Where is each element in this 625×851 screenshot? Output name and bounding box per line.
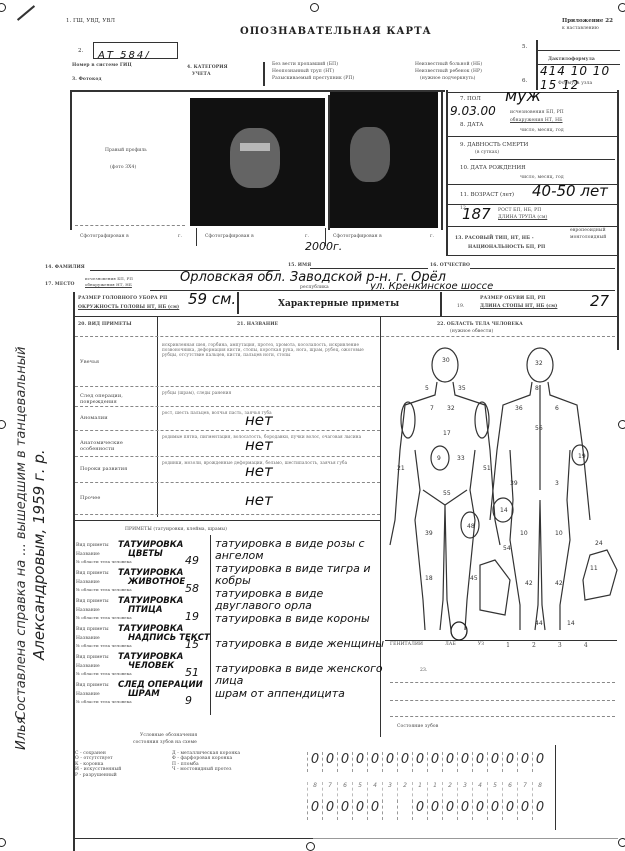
svg-text:33: 33	[457, 455, 465, 462]
category-nb[interactable]: Неизвестный больной (НБ)	[415, 62, 482, 67]
punch-hole	[618, 838, 625, 847]
mark-name-value[interactable]: ЧЕЛОВЕК	[128, 661, 174, 671]
tooth-cell[interactable]: 0	[337, 752, 352, 772]
svg-text:8: 8	[535, 385, 539, 392]
scale-label: ЛАБ	[445, 642, 456, 649]
mark-description[interactable]: шрам от аппендицита	[215, 688, 385, 700]
mark-area-value[interactable]: 15	[185, 638, 199, 651]
legend-item: И - искусственный	[75, 767, 121, 772]
field-10-label: 10. ДАТА РОЖДЕНИЯ	[460, 165, 526, 172]
mark-area-label: № области тела человека	[76, 644, 132, 649]
punch-hole	[0, 838, 6, 847]
teeth-header: Состояние зубов	[397, 724, 438, 729]
svg-text:18: 18	[425, 575, 433, 582]
tooth-cell[interactable]: 0	[442, 752, 457, 772]
head-circumference-value[interactable]: 59 см.	[188, 290, 236, 308]
tooth-cell[interactable]: 0	[517, 800, 532, 820]
margin-note-initials: Илья	[14, 716, 29, 750]
tooth-number: 1	[412, 782, 427, 802]
right-profile-label: Правый профиль	[105, 148, 147, 153]
svg-text:3: 3	[555, 480, 559, 487]
category-rp[interactable]: Разыскиваемый преступник (РП)	[272, 76, 354, 81]
tooth-cell[interactable]: 0	[532, 752, 547, 772]
tooth-number: 4	[472, 782, 487, 802]
field-9-label: 9. ДАВНОСТЬ СМЕРТИ	[460, 142, 528, 149]
tooth-number: 5	[352, 782, 367, 802]
card-number-box[interactable]: АТ 584/	[93, 42, 178, 59]
teeth-numbers-row: 8765432112345678	[307, 782, 547, 802]
appendix-line2: к наставлению	[562, 26, 599, 31]
tooth-number: 5	[487, 782, 502, 802]
mark-name-label: Название	[76, 580, 100, 585]
photo-caption-1: Сфотографирован в	[80, 234, 129, 239]
tooth-cell[interactable]: 0	[487, 800, 502, 820]
punch-hole	[306, 842, 315, 851]
legend-item: Ф - фарфоровая коронка	[172, 756, 240, 761]
feature-description: рубцы (шрам), следы ранения	[162, 390, 377, 395]
field-16-label: 16. ОТЧЕСТВО	[430, 263, 470, 268]
formula-caption: Формула узла	[558, 81, 592, 86]
sex-value[interactable]: муж	[505, 86, 541, 105]
tooth-number: 3	[457, 782, 472, 802]
mark-name-label: Название	[76, 692, 100, 697]
svg-text:19: 19	[578, 453, 586, 460]
field-6-prefix: 6.	[522, 78, 527, 85]
field-15-label: 15. ИМЯ	[288, 263, 311, 268]
mark-description[interactable]: татуировка в виде короны	[215, 613, 385, 625]
field-7-label: 7. ПОЛ	[460, 96, 481, 103]
scale-number: 4	[584, 642, 588, 649]
tooth-cell[interactable]: 0	[367, 752, 382, 772]
svg-text:17: 17	[443, 430, 451, 437]
tooth-cell[interactable]: 0	[517, 752, 532, 772]
field-13-label: 13. РАСОВЫЙ ТИП, НТ, НБ -	[455, 236, 534, 241]
circled-area-1[interactable]	[448, 620, 470, 642]
svg-text:56: 56	[535, 425, 543, 432]
svg-text:32: 32	[447, 405, 455, 412]
tooth-number: 6	[502, 782, 517, 802]
mark-name-label: Название	[76, 552, 100, 557]
svg-text:55: 55	[443, 490, 451, 497]
dactyl-formula-caption: Дактилоформула	[548, 57, 595, 62]
photo-caption-3: Сфотографирован в	[333, 234, 382, 239]
svg-text:14: 14	[567, 620, 575, 627]
mark-area-label: № области тела человека	[76, 700, 132, 705]
legend-title-2: состояния зубов на схеме	[133, 740, 197, 745]
tooth-cell[interactable]	[382, 800, 397, 820]
feature-type: Пороки развития	[80, 466, 155, 472]
mark-area-value[interactable]: 51	[185, 666, 199, 679]
tooth-number: 6	[337, 782, 352, 802]
tooth-cell[interactable]: 0	[352, 752, 367, 772]
svg-text:51: 51	[483, 465, 491, 472]
formula-value: 414 10 10 15 12	[540, 64, 625, 92]
mark-name-label: Название	[76, 608, 100, 613]
legend-item: Ч - мостовидный протез	[172, 767, 240, 772]
mark-kind-label: Вид приметы	[76, 571, 109, 576]
tooth-number: 3	[382, 782, 397, 802]
mark-kind-label: Вид приметы	[76, 655, 109, 660]
mark-name-label: Название	[76, 636, 100, 641]
col-20-header: 20. ВИД ПРИМЕТЫ	[78, 322, 132, 327]
tooth-cell[interactable]: 0	[502, 800, 517, 820]
feature-type: Увечья	[80, 359, 155, 365]
mark-name-value[interactable]: ПТИЦА	[128, 605, 163, 615]
svg-text:42: 42	[525, 580, 533, 587]
punch-hole	[0, 3, 6, 12]
scale-label: УЗ	[478, 642, 484, 649]
hair-description: 23.	[420, 668, 605, 673]
mark-description[interactable]: татуировка в виде двуглавого орла	[215, 588, 385, 612]
field-5-prefix: 5.	[522, 44, 527, 51]
tooth-cell[interactable]: 0	[442, 800, 457, 820]
mark-area-label: № области тела человека	[76, 560, 132, 565]
row-divider	[75, 456, 380, 457]
col-21-header: 21. НАЗВАНИЕ	[237, 322, 278, 327]
category-hint: (нужное подчеркнуть)	[420, 76, 476, 81]
field-4-label-2: УЧЕТА	[192, 72, 211, 77]
svg-text:10: 10	[520, 530, 528, 537]
tooth-cell[interactable]: 0	[397, 752, 412, 772]
row-divider	[75, 386, 380, 387]
svg-text:10: 10	[555, 530, 563, 537]
field-1-label: 1. ГШ, УВД, УВЛ	[66, 18, 115, 25]
mark-description[interactable]: татуировка в виде тигра и кобры	[215, 563, 385, 587]
svg-text:35: 35	[458, 385, 466, 392]
tooth-number: 2	[397, 782, 412, 802]
upper-teeth-row[interactable]: 0000000000000000	[307, 752, 547, 772]
lower-teeth-row[interactable]: 00000000000000	[307, 800, 547, 820]
tooth-cell[interactable]: 0	[322, 752, 337, 772]
genital-scale: ГЕНИТАЛИИЛАБУЗ1234	[390, 642, 588, 649]
svg-text:39: 39	[425, 530, 433, 537]
tooth-cell[interactable]: 0	[382, 752, 397, 772]
card-number: АТ 584/	[94, 50, 151, 61]
svg-text:21: 21	[397, 465, 405, 472]
feature-type: Аномалии	[80, 415, 155, 421]
category-nr[interactable]: Неизвестный ребенок (НР)	[415, 69, 482, 74]
tooth-number: 8	[307, 782, 322, 802]
tooth-cell[interactable]: 0	[412, 752, 427, 772]
tooth-number: 7	[517, 782, 532, 802]
svg-text:14: 14	[500, 507, 508, 514]
height-value[interactable]: 187	[462, 205, 491, 223]
field-2-prefix: 2.	[78, 48, 83, 55]
tooth-cell[interactable]: 0	[487, 752, 502, 772]
body-map-header: 22. ОБЛАСТЬ ТЕЛА ЧЕЛОВЕКА	[437, 322, 523, 327]
scale-number: 2	[532, 642, 536, 649]
photo-front	[190, 98, 325, 226]
mark-description[interactable]: татуировка в виде розы с ангелом	[215, 538, 385, 562]
category-bp[interactable]: Без вести пропавший (БП)	[272, 62, 338, 67]
mark-name-value[interactable]: ЦВЕТЫ	[128, 549, 163, 559]
feature-type: Прочее	[80, 495, 155, 501]
date-found-value[interactable]: 9.03.00	[450, 104, 496, 118]
svg-text:48: 48	[467, 523, 475, 530]
tooth-cell[interactable]: 0	[532, 800, 547, 820]
row-divider	[75, 430, 380, 431]
mark-kind-label: Вид приметы	[76, 627, 109, 632]
mark-area-label: № области тела человека	[76, 588, 132, 593]
mark-name-value[interactable]: ШРАМ	[128, 689, 160, 699]
field-8-label: 8. ДАТА	[460, 122, 483, 129]
feature-type: След операции, повреждения	[80, 393, 155, 405]
feature-value[interactable]: нет	[245, 411, 273, 429]
legend-right: Д - металлическая коронкаФ - фарфоровая …	[172, 751, 240, 773]
body-diagram[interactable]: 30535 73217 93321 515539 481845 32836 65…	[385, 340, 620, 640]
card-number-caption: Номер в системе ГИЦ	[72, 63, 132, 68]
tooth-number: 2	[442, 782, 457, 802]
svg-text:5: 5	[425, 385, 429, 392]
svg-text:30: 30	[442, 357, 450, 364]
tooth-cell[interactable]: 0	[472, 752, 487, 772]
margin-note-line2: Александровым, 1959 г. р.	[30, 449, 48, 660]
row-divider	[75, 482, 380, 483]
tooth-cell[interactable]: 0	[337, 800, 352, 820]
tooth-cell[interactable]: 0	[412, 800, 427, 820]
tooth-cell[interactable]: 0	[307, 752, 322, 772]
legend-left: С - сохраненО - отсутствуетК - коронкаИ …	[75, 751, 121, 778]
photo-year: 2000г.	[305, 240, 342, 253]
mark-area-value[interactable]: 49	[185, 554, 199, 567]
punch-hole	[618, 3, 625, 12]
tooth-cell[interactable]: 0	[457, 800, 472, 820]
photo-profile	[330, 92, 438, 228]
svg-text:54: 54	[503, 545, 511, 552]
tooth-cell[interactable]: 0	[322, 800, 337, 820]
field-11-label: 11. ВОЗРАСТ (лет)	[460, 192, 514, 199]
legend-title-1: Условные обозначения	[140, 733, 197, 738]
mark-kind-label: Вид приметы	[76, 543, 109, 548]
feature-value[interactable]: нет	[245, 436, 273, 454]
scale-number: 3	[558, 642, 562, 649]
mark-area-value[interactable]: 9	[185, 694, 192, 707]
tooth-number: 4	[367, 782, 382, 802]
svg-text:32: 32	[535, 360, 543, 367]
mark-kind-label: Вид приметы	[76, 683, 109, 688]
tooth-cell[interactable]: 0	[367, 800, 382, 820]
mark-description[interactable]: татуировка в виде женщины	[215, 638, 385, 650]
svg-text:45: 45	[470, 575, 478, 582]
feature-value[interactable]: нет	[245, 491, 273, 509]
tooth-cell[interactable]: 0	[307, 800, 322, 820]
svg-text:11: 11	[590, 565, 598, 572]
tooth-cell[interactable]	[397, 800, 412, 820]
feature-value[interactable]: нет	[245, 462, 273, 480]
field-14-label: 14. ФАМИЛИЯ	[45, 265, 85, 270]
mark-kind-label: Вид приметы	[76, 599, 109, 604]
field-3-label: 3. Фотокод	[72, 77, 102, 82]
category-nt[interactable]: Неопознанный труп (НТ)	[272, 69, 334, 74]
mark-area-value[interactable]: 19	[185, 610, 199, 623]
svg-text:39: 39	[510, 480, 518, 487]
appendix-line1: Приложение 22	[562, 18, 613, 25]
feature-description: искривленная шея, горбина, ампутация, пр…	[162, 342, 377, 357]
mark-name-value[interactable]: ЖИВОТНОЕ	[128, 577, 185, 587]
mark-description[interactable]: татуировка в виде женского лица	[215, 663, 385, 687]
mark-area-label: № области тела человека	[76, 672, 132, 677]
field-17-label: 17. МЕСТО	[45, 282, 75, 287]
tooth-number: 8	[532, 782, 547, 802]
tooth-cell[interactable]: 0	[427, 800, 442, 820]
tooth-cell[interactable]: 0	[472, 800, 487, 820]
tooth-cell[interactable]: 0	[352, 800, 367, 820]
margin-note-line1: Составлена справка на ... вышедшим в тан…	[14, 347, 29, 720]
photo-caption-2: Сфотографирован в	[205, 234, 254, 239]
shoe-size-value[interactable]: 27	[590, 292, 609, 310]
special-features-title: Характерные приметы	[278, 299, 399, 309]
mark-area-value[interactable]: 58	[185, 582, 199, 595]
feature-type: Анатомические особенности	[80, 440, 155, 452]
corner-mark	[17, 5, 35, 21]
svg-text:44: 44	[535, 620, 543, 627]
legend-item: Р - разрушенный	[75, 773, 121, 778]
svg-text:24: 24	[595, 540, 603, 547]
mark-name-label: Название	[76, 664, 100, 669]
page-title: ОПОЗНАВАТЕЛЬНАЯ КАРТА	[240, 26, 432, 37]
row-divider	[75, 514, 380, 515]
punch-hole	[0, 420, 6, 429]
tooth-number: 1	[427, 782, 442, 802]
svg-text:6: 6	[555, 405, 559, 412]
right-profile-caption: (фото 3Х4)	[110, 165, 136, 170]
tooth-cell[interactable]: 0	[457, 752, 472, 772]
svg-text:7: 7	[430, 405, 434, 412]
scale-label: ГЕНИТАЛИИ	[390, 642, 423, 649]
tooth-cell[interactable]: 0	[502, 752, 517, 772]
svg-text:42: 42	[555, 580, 563, 587]
svg-text:36: 36	[515, 405, 523, 412]
punch-hole	[310, 3, 319, 12]
field-4-label-1: 4. КАТЕГОРИЯ	[187, 65, 228, 70]
tooth-number: 7	[322, 782, 337, 802]
mark-area-label: № области тела человека	[76, 616, 132, 621]
tooth-cell[interactable]: 0	[427, 752, 442, 772]
marks-header: ПРИМЕТЫ (татуировки, клейма, шрамы)	[125, 527, 227, 532]
age-value[interactable]: 40-50 лет	[532, 182, 608, 200]
scale-number: 1	[506, 642, 510, 649]
row-divider	[75, 406, 380, 407]
svg-text:9: 9	[437, 455, 441, 462]
